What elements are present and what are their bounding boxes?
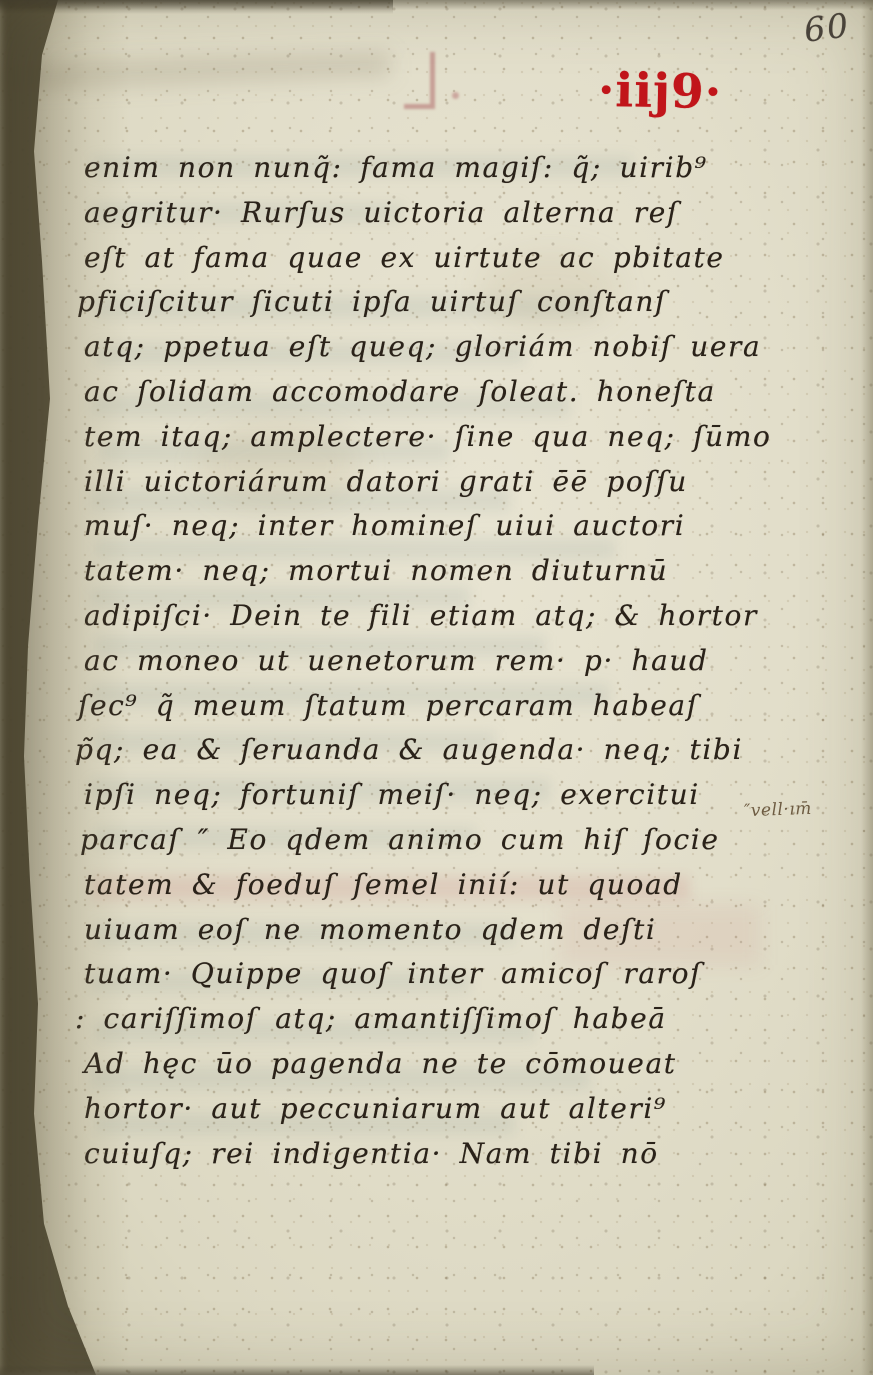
text-line: ſec⁹ q̃ meum ſtatum percaram habeaſ (78, 684, 784, 729)
text-line: hortor· aut peccuniarum aut alteri⁹ (84, 1087, 784, 1132)
text-line: cuiuſq; rei indigentia· Nam tibi nō (84, 1132, 784, 1177)
text-line: muſ· neq; inter homineſ uiui auctori (84, 504, 784, 549)
text-line: enim non nunq̃: fama magiſ: q̃; uirib⁹ (84, 146, 784, 191)
text-line: : cariſſimoſ atq; amantiſſimoſ habeā (75, 997, 784, 1042)
text-line: parcaſ ″ Eo qdem animo cum hiſ ſocie (80, 818, 784, 863)
bottom-edge-shadow (0, 1365, 594, 1375)
text-line: illi uictoriárum datori grati ēē poſſu (84, 460, 784, 505)
manuscript-page: ·iij9· 60 enim non nunq̃: fama magiſ: q̃… (0, 0, 873, 1375)
top-left-edge-shadow (0, 0, 393, 14)
text-block: enim non nunq̃: fama magiſ: q̃; uirib⁹ a… (84, 146, 784, 1176)
text-line: adipiſci· Dein te fili etiam atq; & hort… (84, 594, 784, 639)
text-line: eſt at fama quae ex uirtute ac pbitate (84, 236, 784, 281)
text-line: ipſi neq; fortuniſ meiſ· neq; exercitui (84, 773, 784, 818)
faded-red-mark-stroke (430, 52, 435, 108)
text-line: aegritur· Rurſus uictoria alterna reſ (84, 191, 784, 236)
text-line: tatem & foeduſ ſemel inií: ut quoad (84, 863, 784, 908)
faded-red-mark-dot (452, 92, 459, 99)
left-edge-gradient (0, 0, 130, 1375)
faded-red-mark (400, 52, 460, 122)
text-line: tatem· neq; mortui nomen diuturnū (84, 549, 784, 594)
text-line: uiuam eoſ ne momento qdem deſti (84, 908, 784, 953)
folio-number: 60 (802, 5, 852, 49)
text-line: atq; ppetua eſt queq; gloriám nobiſ uera (84, 325, 784, 370)
text-line: Ad hęc ūo pagenda ne te cōmoueat (84, 1042, 784, 1087)
marginal-note: ″vell·ım̄ (744, 799, 813, 821)
text-line: tem itaq; amplectere· ſine qua neq; ſūmo (84, 415, 784, 460)
right-edge-shadow (861, 0, 873, 1375)
text-line: ac moneo ut uenetorum rem· p· haud (84, 639, 784, 684)
text-line: pficiſcitur ſicuti ipſa uirtuſ conſtanſ (77, 280, 784, 325)
text-line: p̃q; ea & ſeruanda & augenda· neq; tibi (75, 728, 784, 773)
text-line: ac ſolidam accomodare ſoleat. honeſta (84, 370, 784, 415)
text-line: tuam· Quippe quoſ inter amicoſ raroſ (84, 952, 784, 997)
quire-numeral-red: ·iij9· (598, 63, 723, 120)
faded-red-mark-stroke (404, 104, 435, 109)
